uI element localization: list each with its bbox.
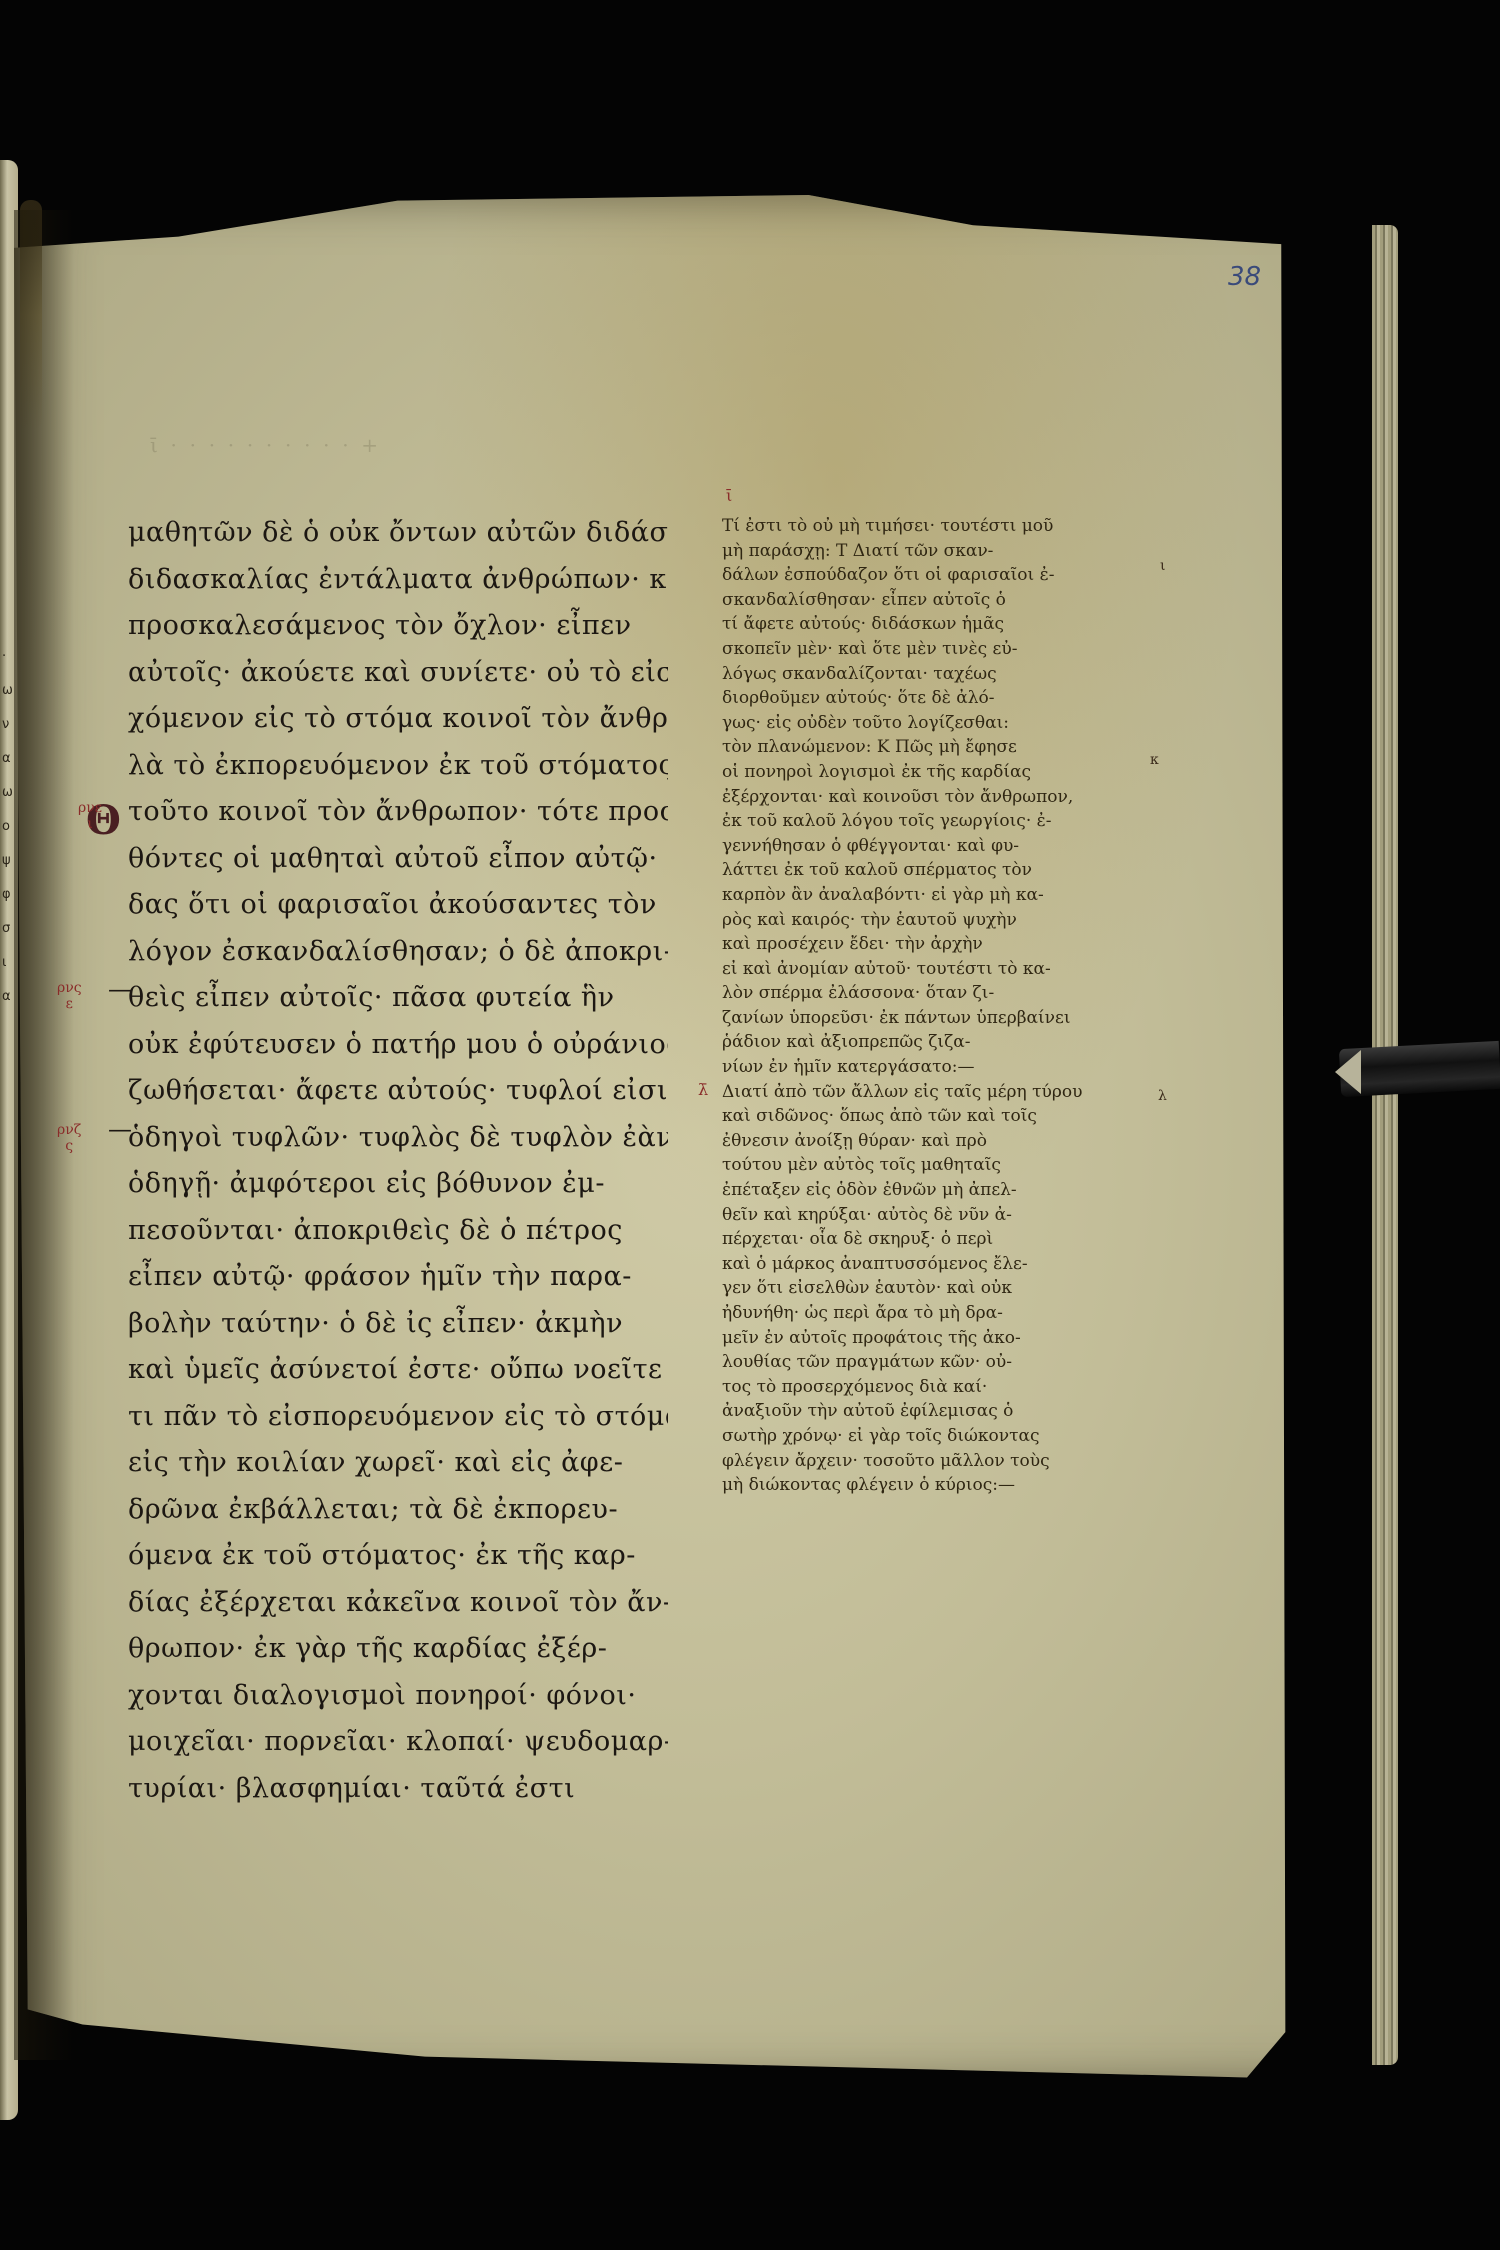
scholion-number-iota: ι — [1160, 558, 1166, 574]
show-through-text: ῑ · · · · · · · · · · + — [150, 430, 378, 460]
commentary-line: οἱ πονηροὶ λογισμοὶ ἐκ τῆς καρδίας — [722, 760, 1112, 785]
commentary-line: καὶ σιδῶνος· ὅπως ἀπὸ τῶν καὶ τοῖς — [722, 1104, 1112, 1129]
previous-leaf-text-fragment: · ω ν α ω ο ψ φ σ ι α — [2, 640, 16, 1014]
text-line: χόμενον εἰς τὸ στόμα κοινοῖ τὸν ἄνθρωπον… — [128, 696, 668, 743]
commentary-inline-mark-lambda: λ̄ — [698, 1082, 708, 1098]
text-line: ὁδηγοὶ τυφλῶν· τυφλὸς δὲ τυφλὸν ἐὰν — [128, 1115, 668, 1162]
commentary-line: καρπὸν ἂν ἀναλαβόντι· εἰ γὰρ μὴ κα- — [722, 883, 1112, 908]
eusebian-section-155: ρνε ι — [78, 800, 102, 832]
commentary-line: γεν ὅτι εἰσελθὼν ἑαυτὸν· καὶ οὐκ — [722, 1276, 1112, 1301]
text-line: θρωπον· ἐκ γὰρ τῆς καρδίας ἐξέρ- — [128, 1626, 668, 1673]
commentary-line: δάλων ἐσπούδαζον ὅτι οἱ φαρισαῖοι ἐ- — [722, 563, 1112, 588]
commentary-line: λάττει ἐκ τοῦ καλοῦ σπέρματος τὸν — [722, 858, 1112, 883]
commentary-line: ἀναξιοῦν τὴν αὐτοῦ ἐφίλεμισας ὁ — [722, 1399, 1112, 1424]
text-line: τυρίαι· βλασφημίαι· ταῦτά ἐστι — [128, 1766, 668, 1813]
commentary-line: γεννήθησαν ὁ φθέγγονται· καὶ φυ- — [722, 834, 1112, 859]
text-line: δίας ἐξέρχεται κἀκεῖνα κοινοῖ τὸν ἄν- — [128, 1580, 668, 1627]
commentary-line: ἐξέρχονται· καὶ κοινοῦσι τὸν ἄνθρωπον, — [722, 785, 1112, 810]
text-line: αὐτοῖς· ἀκούετε καὶ συνίετε· οὐ τὸ εἰσερ… — [128, 650, 668, 697]
text-line: μαθητῶν δὲ ὁ οὐκ ὄντων αὐτῶν διδάσκοντος — [128, 510, 668, 557]
text-line: δας ὅτι οἱ φαρισαῖοι ἀκούσαντες τὸν — [128, 882, 668, 929]
commentary-line: φλέγειν ἄρχειν· τοσοῦτο μᾶλλον τοὺς — [722, 1449, 1112, 1474]
text-line: πεσοῦνται· ἀποκριθεὶς δὲ ὁ πέτρος — [128, 1208, 668, 1255]
commentary-line: ἐκ τοῦ καλοῦ λόγου τοῖς γεωργίοις· ἐ- — [722, 809, 1112, 834]
text-line: ὁδηγῇ· ἀμφότεροι εἰς βόθυνον ἐμ- — [128, 1161, 668, 1208]
commentary-line: σκοπεῖν μὲν· καὶ ὅτε μὲν τινὲς εὐ- — [722, 637, 1112, 662]
commentary-line: σκανδαλίσθησαν· εἶπεν αὐτοῖς ὁ — [722, 588, 1112, 613]
fore-edge-leaves — [1372, 225, 1398, 2065]
section-dash: — — [108, 975, 132, 1003]
commentary-line: εἰ καὶ ἀνομίαν αὐτοῦ· τουτέστι τὸ κα- — [722, 957, 1112, 982]
commentary-line: ἐθνεσιν ἀνοίξῃ θύραν· καὶ πρὸ — [722, 1129, 1112, 1154]
commentary-line: Τί ἐστι τὸ οὐ μὴ τιμήσει· τουτέστι μοῦ — [722, 514, 1112, 539]
text-line: οὐκ ἐφύτευσεν ὁ πατήρ μου ὁ οὐράνιος ἐκρ… — [128, 1022, 668, 1069]
text-line: προσκαλεσάμενος τὸν ὄχλον· εἶπεν — [128, 603, 668, 650]
commentary-line: καὶ προσέχειν ἔδει· τὴν ἀρχὴν — [722, 932, 1112, 957]
commentary-line: μὴ παράσχῃ: Τ Διατί τῶν σκαν- — [722, 539, 1112, 564]
previous-leaf-edge: · ω ν α ω ο ψ φ σ ι α — [0, 160, 18, 2120]
commentary-line: καὶ ὁ μάρκος ἀναπτυσσόμενος ἔλε- — [722, 1252, 1112, 1277]
text-line: δρῶνα ἐκβάλλεται; τὰ δὲ ἐκπορευ- — [128, 1487, 668, 1534]
commentary-line: ζανίων ὑπορεῦσι· ἐκ πάντων ὑπερβαίνει — [722, 1006, 1112, 1031]
scholion-number-lambda: λ — [1158, 1088, 1167, 1104]
commentary-line: διορθοῦμεν αὐτούς· ὅτε δὲ ἀλό- — [722, 686, 1112, 711]
commentary-line: σωτὴρ χρόνῳ· εἰ γὰρ τοῖς διώκοντας — [722, 1424, 1112, 1449]
text-column: μαθητῶν δὲ ὁ οὐκ ὄντων αὐτῶν διδάσκοντος… — [128, 510, 668, 1812]
commentary-line: τούτου μὲν αὐτὸς τοῖς μαθηταῖς — [722, 1153, 1112, 1178]
text-line: όμενα ἐκ τοῦ στόματος· ἐκ τῆς καρ- — [128, 1533, 668, 1580]
commentary-line: νίων ἐν ἡμῖν κατεργάσατο:— — [722, 1055, 1112, 1080]
text-line: τι πᾶν τὸ εἰσπορευόμενον εἰς τὸ στόμα — [128, 1394, 668, 1441]
text-line: εἶπεν αὐτῷ· φράσον ἡμῖν τὴν παρα- — [128, 1254, 668, 1301]
text-line: ζωθήσεται· ἄφετε αὐτούς· τυφλοί εἰσι — [128, 1068, 668, 1115]
water-stain — [20, 200, 42, 430]
folio-number: 38 — [1228, 262, 1261, 292]
text-line: θεὶς εἶπεν αὐτοῖς· πᾶσα φυτεία ἣν — [128, 975, 668, 1022]
commentary-line: ρὸς καὶ καιρός· τὴν ἑαυτοῦ ψυχὴν — [722, 908, 1112, 933]
commentary-line: τὸν πλανώμενον: Κ Πῶς μὴ ἔφησε — [722, 735, 1112, 760]
text-line: τοῦτο κοινοῖ τὸν ἄνθρωπον· τότε προσελ- — [128, 789, 668, 836]
commentary-heading-mark: ῑ — [726, 488, 732, 504]
text-line: χονται διαλογισμοὶ πονηροί· φόνοι· — [128, 1673, 668, 1720]
commentary-line: Διατί ἀπὸ τῶν ἄλλων εἰς ταῖς μέρη τύρου — [722, 1080, 1112, 1105]
text-line: διδασκαλίας ἐντάλματα ἀνθρώπων· καὶ — [128, 557, 668, 604]
eusebian-section-156: ρνς ε — [57, 980, 82, 1012]
text-line: θόντες οἱ μαθηταὶ αὐτοῦ εἶπον αὐτῷ· οἶ- — [128, 836, 668, 883]
commentary-line: τος τὸ προσερχόμενος διὰ καί· — [722, 1375, 1112, 1400]
commentary-line: πέρχεται· οἷα δὲ σκηρυξ· ὁ περὶ — [722, 1227, 1112, 1252]
text-line: βολὴν ταύτην· ὁ δὲ ἰς εἶπεν· ἀκμὴν — [128, 1301, 668, 1348]
commentary-line: θεῖν καὶ κηρύξαι· αὐτὸς δὲ νῦν ἀ- — [722, 1203, 1112, 1228]
text-line: μοιχεῖαι· πορνεῖαι· κλοπαί· ψευδομαρ- — [128, 1719, 668, 1766]
commentary-line: μὴ διώκοντας φλέγειν ὁ κύριος:— — [722, 1473, 1112, 1498]
manuscript-photo: · ω ν α ω ο ψ φ σ ι α ῑ · · · · · · · · … — [0, 0, 1500, 2250]
eusebian-section-157: ρνζ ς — [57, 1122, 81, 1154]
commentary-line: λὸν σπέρμα ἐλάσσονα· ὅταν ζι- — [722, 981, 1112, 1006]
section-dash: — — [108, 1115, 132, 1143]
scholion-number-kappa: κ — [1150, 752, 1159, 768]
page-weight — [1339, 1041, 1500, 1097]
commentary-line: ῥάδιον καὶ ἀξιοπρεπῶς ζιζα- — [722, 1030, 1112, 1055]
commentary-line: ἐπέταξεν εἰς ὁδὸν ἐθνῶν μὴ ἀπελ- — [722, 1178, 1112, 1203]
commentary-line: λουθίας τῶν πραγμάτων κῶν· οὐ- — [722, 1350, 1112, 1375]
commentary-line: λόγως σκανδαλίζονται· ταχέως — [722, 662, 1112, 687]
commentary-line: γως· εἰς οὐδὲν τοῦτο λογίζεσθαι: — [722, 711, 1112, 736]
text-line: εἰς τὴν κοιλίαν χωρεῖ· καὶ εἰς ἀφε- — [128, 1440, 668, 1487]
commentary-line: μεῖν ἐν αὐτοῖς προφάτοις τῆς ἀκο- — [722, 1326, 1112, 1351]
commentary-line: τί ἄφετε αὐτούς· διδάσκων ἡμᾶς — [722, 612, 1112, 637]
text-line: λόγον ἐσκανδαλίσθησαν; ὁ δὲ ἀποκρι- — [128, 929, 668, 976]
text-line: λὰ τὸ ἐκπορευόμενον ἐκ τοῦ στόματος — [128, 743, 668, 790]
commentary-line: ἠδυνήθη· ὡς περὶ ἄρα τὸ μὴ δρα- — [722, 1301, 1112, 1326]
text-line: καὶ ὑμεῖς ἀσύνετοί ἐστε· οὔπω νοεῖτε ὅ- — [128, 1347, 668, 1394]
commentary-column: Τί ἐστι τὸ οὐ μὴ τιμήσει· τουτέστι μοῦ μ… — [722, 514, 1112, 1498]
page-weight-tip — [1335, 1050, 1361, 1094]
